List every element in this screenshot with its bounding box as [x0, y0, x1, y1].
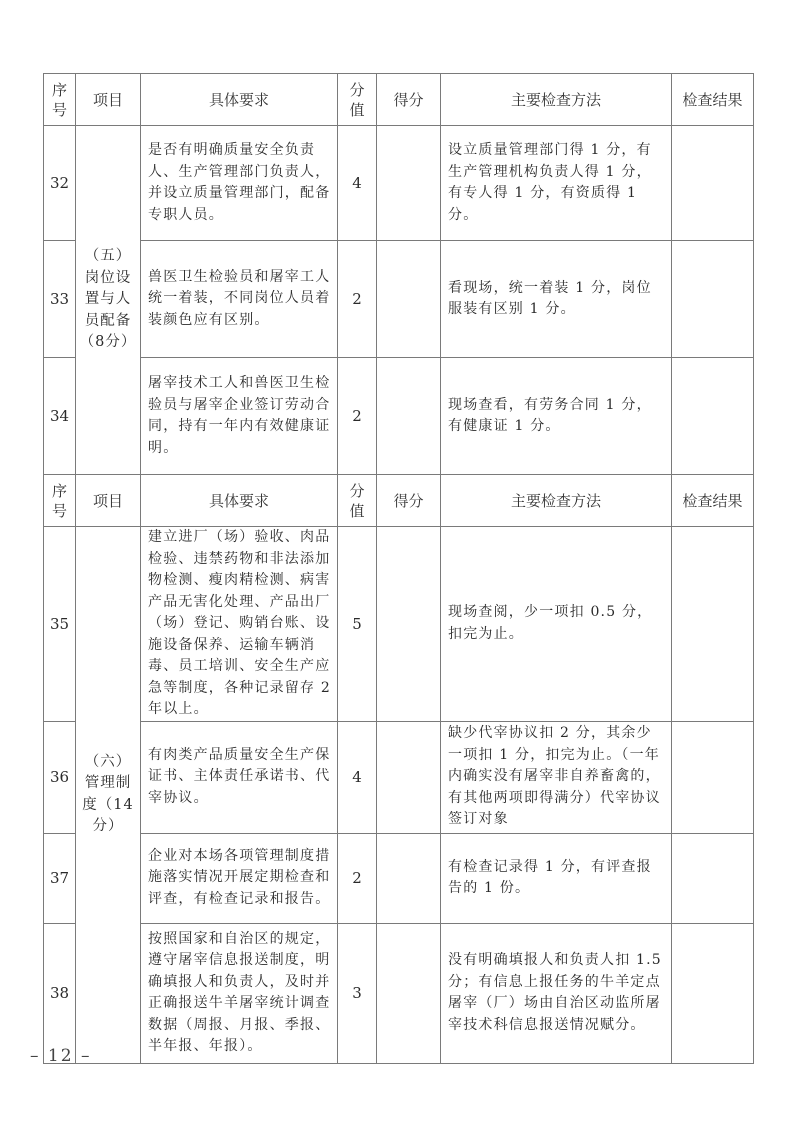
table-header-row: 序号 项目 具体要求 分值 得分 主要检查方法 检查结果: [44, 475, 754, 527]
result-cell[interactable]: [672, 241, 754, 358]
table-row: 34 屠宰技术工人和兽医卫生检验员与屠宰企业签订劳动合同，持有一年内有效健康证明…: [44, 358, 754, 475]
header-method: 主要检查方法: [441, 74, 672, 126]
method-cell: 没有明确填报人和负责人扣 1.5 分；有信息上报任务的牛羊定点屠宰（厂）场由自治…: [441, 923, 672, 1063]
method-cell: 看现场，统一着装 1 分，岗位服装有区别 1 分。: [441, 241, 672, 358]
score-value-cell: 4: [338, 721, 377, 833]
header-requirement: 具体要求: [141, 74, 338, 126]
score-value-cell: 2: [338, 358, 377, 475]
row-number: 38: [44, 923, 76, 1063]
requirement-cell: 兽医卫生检验员和屠宰工人统一着装，不同岗位人员着装颜色应有区别。: [141, 241, 338, 358]
score-got-cell[interactable]: [377, 241, 441, 358]
header-method: 主要检查方法: [441, 475, 672, 527]
row-number: 36: [44, 721, 76, 833]
method-cell: 现场查阅，少一项扣 0.5 分，扣完为止。: [441, 527, 672, 722]
score-value-cell: 3: [338, 923, 377, 1063]
header-item: 项目: [76, 475, 141, 527]
method-cell: 缺少代宰协议扣 2 分，其余少一项扣 1 分，扣完为止。（一年内确实没有屠宰非自…: [441, 721, 672, 833]
result-cell[interactable]: [672, 721, 754, 833]
document-page: 序号 项目 具体要求 分值 得分 主要检查方法 检查结果 32 （五） 岗位设 …: [0, 0, 793, 1122]
header-seq: 序号: [44, 475, 76, 527]
method-cell: 设立质量管理部门得 1 分，有生产管理机构负责人得 1 分，有专人得 1 分，有…: [441, 126, 672, 241]
header-result: 检查结果: [672, 475, 754, 527]
score-got-cell[interactable]: [377, 721, 441, 833]
header-seq: 序号: [44, 74, 76, 126]
requirement-cell: 有肉类产品质量安全生产保证书、主体责任承诺书、代宰协议。: [141, 721, 338, 833]
header-score-value: 分值: [338, 475, 377, 527]
result-cell[interactable]: [672, 358, 754, 475]
result-cell[interactable]: [672, 923, 754, 1063]
header-result: 检查结果: [672, 74, 754, 126]
table-row: 36 有肉类产品质量安全生产保证书、主体责任承诺书、代宰协议。 4 缺少代宰协议…: [44, 721, 754, 833]
score-value-cell: 2: [338, 241, 377, 358]
category-cell: （五） 岗位设 置与人 员配备 （8分）: [76, 126, 141, 475]
score-value-cell: 2: [338, 833, 377, 923]
score-value-cell: 5: [338, 527, 377, 722]
page-number: – 12 –: [30, 1046, 91, 1066]
header-score-got: 得分: [377, 475, 441, 527]
header-requirement: 具体要求: [141, 475, 338, 527]
table-header-row: 序号 项目 具体要求 分值 得分 主要检查方法 检查结果: [44, 74, 754, 126]
table-row: 38 按照国家和自治区的规定，遵守屠宰信息报送制度，明确填报人和负责人，及时并正…: [44, 923, 754, 1063]
table-row: 33 兽医卫生检验员和屠宰工人统一着装，不同岗位人员着装颜色应有区别。 2 看现…: [44, 241, 754, 358]
score-value-cell: 4: [338, 126, 377, 241]
requirement-cell: 建立进厂（场）验收、肉品检验、违禁药物和非法添加物检测、瘦肉精检测、病害产品无害…: [141, 527, 338, 722]
method-cell: 有检查记录得 1 分，有评查报告的 1 份。: [441, 833, 672, 923]
table-row: 37 企业对本场各项管理制度措施落实情况开展定期检查和评查，有检查记录和报告。 …: [44, 833, 754, 923]
result-cell[interactable]: [672, 833, 754, 923]
score-got-cell[interactable]: [377, 126, 441, 241]
category-cell: （六） 管理制 度（14 分）: [76, 527, 141, 1064]
header-score-got: 得分: [377, 74, 441, 126]
score-got-cell[interactable]: [377, 923, 441, 1063]
result-cell[interactable]: [672, 126, 754, 241]
table-row: 32 （五） 岗位设 置与人 员配备 （8分） 是否有明确质量安全负责人、生产管…: [44, 126, 754, 241]
method-cell: 现场查看，有劳务合同 1 分，有健康证 1 分。: [441, 358, 672, 475]
score-got-cell[interactable]: [377, 527, 441, 722]
row-number: 34: [44, 358, 76, 475]
score-got-cell[interactable]: [377, 833, 441, 923]
requirement-cell: 是否有明确质量安全负责人、生产管理部门负责人，并设立质量管理部门，配备专职人员。: [141, 126, 338, 241]
row-number: 35: [44, 527, 76, 722]
requirement-cell: 按照国家和自治区的规定，遵守屠宰信息报送制度，明确填报人和负责人，及时并正确报送…: [141, 923, 338, 1063]
table-row: 35 （六） 管理制 度（14 分） 建立进厂（场）验收、肉品检验、违禁药物和非…: [44, 527, 754, 722]
header-score-value: 分值: [338, 74, 377, 126]
score-got-cell[interactable]: [377, 358, 441, 475]
row-number: 32: [44, 126, 76, 241]
requirement-cell: 企业对本场各项管理制度措施落实情况开展定期检查和评查，有检查记录和报告。: [141, 833, 338, 923]
row-number: 37: [44, 833, 76, 923]
row-number: 33: [44, 241, 76, 358]
result-cell[interactable]: [672, 527, 754, 722]
inspection-table: 序号 项目 具体要求 分值 得分 主要检查方法 检查结果 32 （五） 岗位设 …: [43, 73, 754, 1064]
header-item: 项目: [76, 74, 141, 126]
requirement-cell: 屠宰技术工人和兽医卫生检验员与屠宰企业签订劳动合同，持有一年内有效健康证明。: [141, 358, 338, 475]
